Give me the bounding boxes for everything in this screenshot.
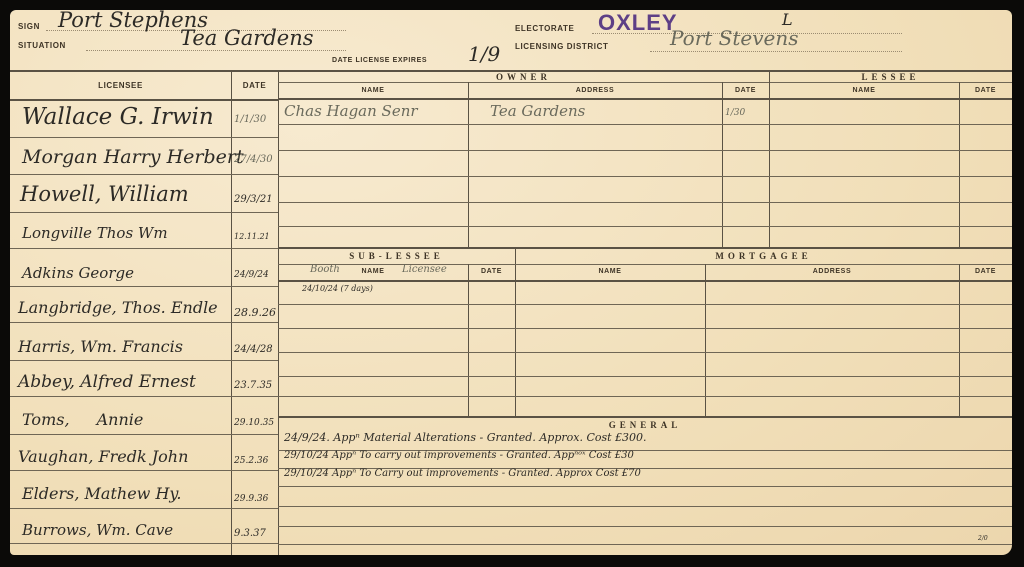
licensee-date: 28.9.26 xyxy=(234,306,276,319)
situation-dotted-line xyxy=(86,50,346,51)
lessee-section-title: Lessee xyxy=(769,72,1012,82)
licensee-name: Burrows, Wm. Cave xyxy=(22,521,173,539)
licensee-date: 27/4/30 xyxy=(234,154,273,165)
licensee-name: Longville Thos Wm xyxy=(22,224,168,242)
licensee-date: 29/3/21 xyxy=(234,194,273,205)
licensee-date: 1/1/30 xyxy=(234,114,266,125)
licensee-name: Adkins George xyxy=(22,264,134,282)
license-record-card: Sign Port Stephens Situation Tea Gardens… xyxy=(10,10,1012,555)
licensee-date: 24/4/28 xyxy=(234,344,273,355)
sign-label: Sign xyxy=(18,22,40,31)
licensee-date: 9.3.37 xyxy=(234,528,266,539)
sublessee-name-annotation-right: Licensee xyxy=(402,264,447,275)
mortgagee-date-header: Date xyxy=(959,268,1012,275)
owner-name-header: Name xyxy=(278,87,468,94)
date-license-expires-label: Date License Expires xyxy=(332,57,427,64)
licensee-date: 24/9/24 xyxy=(234,270,269,280)
licensing-district-label: Licensing District xyxy=(515,42,608,51)
situation-value: Tea Gardens xyxy=(180,26,314,50)
sublessee-name-annotation-left: Booth xyxy=(310,264,340,275)
general-entry: 29/10/24 Appⁿ To Carry out improvements … xyxy=(284,468,641,479)
mortgagee-address-header: Address xyxy=(705,268,959,275)
licensee-name: Toms, Annie xyxy=(22,410,143,429)
licensee-header-rule xyxy=(10,99,278,101)
sublessee-section-title: Sub-Lessee xyxy=(278,251,515,261)
general-entry: 29/10/24 Appⁿ To carry out improvements … xyxy=(284,450,634,461)
electorate-label: Electorate xyxy=(515,24,574,33)
licensee-date: 25.2.36 xyxy=(234,456,268,466)
owner-name: Chas Hagan Senr xyxy=(284,102,418,120)
licensee-name: Vaughan, Fredk John xyxy=(18,447,188,466)
licensee-name: Abbey, Alfred Ernest xyxy=(18,372,196,392)
footer-mark: 2/0 xyxy=(978,535,988,542)
owner-address: Tea Gardens xyxy=(490,102,585,120)
licensing-district-dotted-line xyxy=(650,51,902,52)
licensee-date: 12.11.21 xyxy=(234,232,270,241)
electorate-stamp: OXLEY xyxy=(598,10,678,36)
licensee-name: Langbridge, Thos. Endle xyxy=(18,298,218,317)
owner-date: 1/30 xyxy=(725,108,745,118)
licensee-name: Elders, Mathew Hy. xyxy=(22,484,181,503)
sublessee-entry: 24/10/24 (7 days) xyxy=(302,284,373,293)
date-right-divider xyxy=(278,70,279,555)
lessee-name-header: Name xyxy=(769,87,959,94)
licensee-date-divider xyxy=(231,70,232,555)
owner-lessee-divider xyxy=(769,70,770,248)
general-entry: 24/9/24. Appⁿ Material Alterations - Gra… xyxy=(284,431,647,444)
licensee-date-column-header: Date xyxy=(231,81,278,90)
licensee-date: 29.9.36 xyxy=(234,494,268,504)
mortgagee-section-title: Mortgagee xyxy=(515,251,1012,261)
owner-section-title: Owner xyxy=(278,72,769,82)
mortgagee-name-header: Name xyxy=(515,268,705,275)
licensee-date: 29.10.35 xyxy=(234,418,274,428)
licensee-date: 23.7.35 xyxy=(234,380,272,391)
licensee-name: Wallace G. Irwin xyxy=(22,104,214,130)
owner-date-header: Date xyxy=(722,87,769,94)
licensee-name: Howell, William xyxy=(20,182,189,206)
owner-address-header: Address xyxy=(468,87,722,94)
licensee-name: Morgan Harry Herbert xyxy=(22,146,244,168)
sublessee-date-header: Date xyxy=(468,268,515,275)
licensing-district-value: Port Stevens xyxy=(670,26,799,50)
lessee-date-header: Date xyxy=(959,87,1012,94)
licensee-column-header: Licensee xyxy=(10,81,231,90)
general-section-title: General xyxy=(278,420,1012,430)
situation-label: Situation xyxy=(18,41,66,50)
licensee-name: Harris, Wm. Francis xyxy=(18,337,183,356)
date-license-expires-value: 1/9 xyxy=(468,42,500,66)
